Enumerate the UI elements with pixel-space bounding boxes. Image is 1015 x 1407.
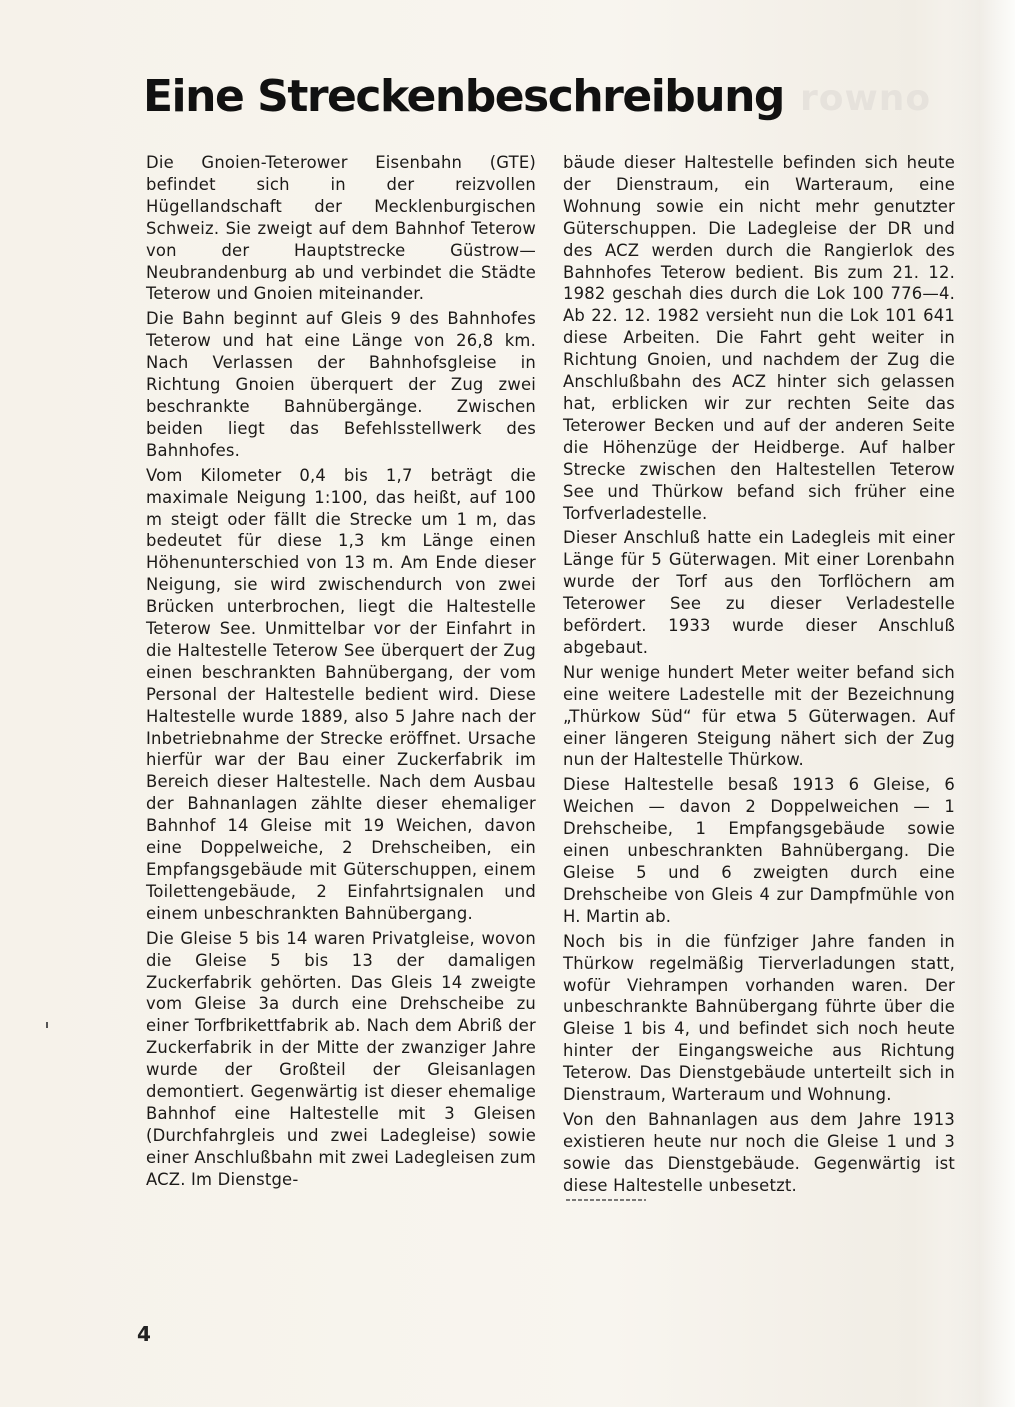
scanned-page: rowno Eine Streckenbeschreibung Die Gnoi… bbox=[0, 0, 1015, 1407]
paragraph: Dieser Anschluß hatte ein Ladegleis mit … bbox=[563, 527, 955, 658]
paragraph: Nur wenige hundert Meter weiter befand s… bbox=[563, 662, 955, 772]
paragraph: Diese Haltestelle besaß 1913 6 Gleise, 6… bbox=[563, 774, 955, 927]
paragraph: bäude dieser Haltestelle befinden sich h… bbox=[563, 152, 955, 524]
right-column: bäude dieser Haltestelle befinden sich h… bbox=[563, 152, 955, 1200]
page-title: Eine Streckenbeschreibung bbox=[143, 62, 784, 132]
paragraph: Die Gnoien-Teterower Eisenbahn (GTE) bef… bbox=[146, 152, 536, 305]
ink-smudge bbox=[566, 1199, 646, 1201]
paragraph: Die Bahn beginnt auf Gleis 9 des Bahnhof… bbox=[146, 308, 536, 461]
left-column: Die Gnoien-Teterower Eisenbahn (GTE) bef… bbox=[146, 152, 536, 1194]
bleed-through-text: rowno bbox=[800, 78, 931, 119]
scan-mark bbox=[46, 1022, 48, 1028]
paragraph: Von den Bahnanlagen aus dem Jahre 1913 e… bbox=[563, 1109, 955, 1197]
paragraph: Vom Kilometer 0,4 bis 1,7 beträgt die ma… bbox=[146, 465, 536, 925]
page-edge-shadow bbox=[945, 0, 1015, 1407]
page-number: 4 bbox=[137, 1322, 151, 1346]
paragraph: Die Gleise 5 bis 14 waren Privatgleise, … bbox=[146, 928, 536, 1191]
paragraph: Noch bis in die fünfziger Jahre fanden i… bbox=[563, 931, 955, 1106]
